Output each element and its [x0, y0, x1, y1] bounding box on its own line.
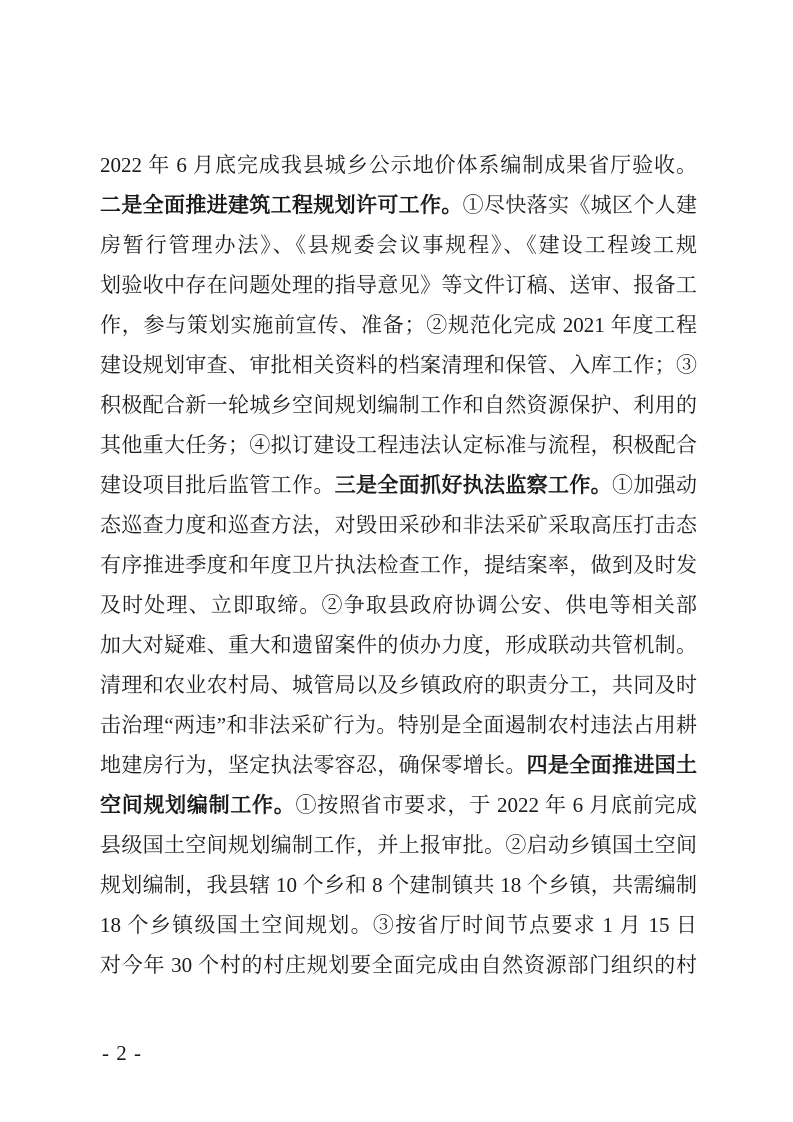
- text-line: 其他重大任务；④拟订建设工程违法认定标准与流程，积极配合: [100, 425, 697, 465]
- text-line: 作，参与策划实施前宣传、准备；②规范化完成 2021 年度工程: [100, 305, 697, 345]
- text-segment: 地建房行为，坚定执法零容忍，确保零增长。: [100, 753, 527, 777]
- text-segment: ①尽快落实《城区个人建: [463, 193, 697, 217]
- text-segment: 积极配合新一轮城乡空间规划编制工作和自然资源保护、利用的: [100, 393, 697, 417]
- text-line: 划验收中存在问题处理的指导意见》等文件订稿、送审、报备工: [100, 265, 697, 305]
- text-line: 县级国土空间规划编制工作，并上报审批。②启动乡镇国土空间: [100, 825, 697, 865]
- text-line: 清理和农业农村局、城管局以及乡镇政府的职责分工，共同及时打: [100, 665, 697, 705]
- text-line: 击治理“两违”和非法采矿行为。特别是全面遏制农村违法占用耕: [100, 705, 697, 745]
- text-line: 及时处理、立即取缔。②争取县政府协调公安、供电等相关部门，: [100, 585, 697, 625]
- text-line: 地建房行为，坚定执法零容忍，确保零增长。四是全面推进国土: [100, 745, 697, 785]
- text-line: 加大对疑难、重大和遗留案件的侦办力度，形成联动共管机制。③: [100, 625, 697, 665]
- text-line: 空间规划编制工作。①按照省市要求，于 2022 年 6 月底前完成: [100, 785, 697, 825]
- text-segment: 建设规划审查、审批相关资料的档案清理和保管、入库工作；③: [100, 353, 697, 377]
- text-segment: 18 个乡镇级国土空间规划。③按省厅时间节点要求 1 月 15 日前，: [100, 913, 697, 945]
- text-segment: 加大对疑难、重大和遗留案件的侦办力度，形成联动共管机制。③: [100, 633, 697, 665]
- text-line: 有序推进季度和年度卫片执法检查工作，提结案率，做到及时发现、: [100, 545, 697, 585]
- text-segment: 房暂行管理办法》、《县规委会议事规程》、《建设工程竣工规: [100, 233, 697, 257]
- page-number: - 2 -: [102, 1040, 142, 1066]
- document-body: 2022 年 6 月底完成我县城乡公示地价体系编制成果省厅验收。 二是全面推进建…: [100, 145, 697, 985]
- text-line: 建设规划审查、审批相关资料的档案清理和保管、入库工作；③: [100, 345, 697, 385]
- text-segment: 作，参与策划实施前宣传、准备；②规范化完成 2021 年度工程: [100, 313, 697, 337]
- text-segment: 建设项目批后监管工作。: [100, 473, 335, 497]
- text-segment: 2022 年 6 月底完成我县城乡公示地价体系编制成果省厅验收。: [100, 153, 697, 177]
- text-line: 积极配合新一轮城乡空间规划编制工作和自然资源保护、利用的: [100, 385, 697, 425]
- text-segment: 及时处理、立即取缔。②争取县政府协调公安、供电等相关部门，: [100, 593, 697, 625]
- document-page: 2022 年 6 月底完成我县城乡公示地价体系编制成果省厅验收。 二是全面推进建…: [0, 0, 793, 1122]
- text-segment: 态巡查力度和巡查方法，对毁田采砂和非法采矿采取高压打击态势，: [100, 513, 697, 545]
- section-heading-segment: 二是全面推进建筑工程规划许可工作。: [100, 193, 463, 217]
- section-heading-segment: 空间规划编制工作。: [100, 793, 296, 817]
- text-line: 18 个乡镇级国土空间规划。③按省厅时间节点要求 1 月 15 日前，: [100, 905, 697, 945]
- text-line: 对今年 30 个村的村庄规划要全面完成由自然资源部门组织的村: [100, 945, 697, 985]
- text-line: 二是全面推进建筑工程规划许可工作。①尽快落实《城区个人建: [100, 185, 697, 225]
- text-line: 房暂行管理办法》、《县规委会议事规程》、《建设工程竣工规: [100, 225, 697, 265]
- section-heading-segment: 四是全面推进国土: [527, 753, 697, 777]
- text-line: 2022 年 6 月底完成我县城乡公示地价体系编制成果省厅验收。: [100, 145, 697, 185]
- text-segment: 清理和农业农村局、城管局以及乡镇政府的职责分工，共同及时打: [100, 673, 697, 705]
- text-segment: ①按照省市要求，于 2022 年 6 月底前完成: [296, 793, 698, 817]
- text-segment: ①加强动: [612, 473, 697, 497]
- text-segment: 县级国土空间规划编制工作，并上报审批。②启动乡镇国土空间: [100, 833, 697, 857]
- text-segment: 规划编制，我县辖 10 个乡和 8 个建制镇共 18 个乡镇，共需编制: [100, 873, 697, 897]
- text-segment: 击治理“两违”和非法采矿行为。特别是全面遏制农村违法占用耕: [100, 713, 697, 737]
- text-line: 态巡查力度和巡查方法，对毁田采砂和非法采矿采取高压打击态势，: [100, 505, 697, 545]
- text-segment: 有序推进季度和年度卫片执法检查工作，提结案率，做到及时发现、: [100, 553, 697, 585]
- text-segment: 划验收中存在问题处理的指导意见》等文件订稿、送审、报备工: [100, 273, 697, 297]
- text-segment: 对今年 30 个村的村庄规划要全面完成由自然资源部门组织的村: [100, 953, 697, 977]
- text-line: 规划编制，我县辖 10 个乡和 8 个建制镇共 18 个乡镇，共需编制: [100, 865, 697, 905]
- text-line: 建设项目批后监管工作。三是全面抓好执法监察工作。①加强动: [100, 465, 697, 505]
- text-segment: 其他重大任务；④拟订建设工程违法认定标准与流程，积极配合: [100, 433, 697, 457]
- section-heading-segment: 三是全面抓好执法监察工作。: [335, 473, 612, 497]
